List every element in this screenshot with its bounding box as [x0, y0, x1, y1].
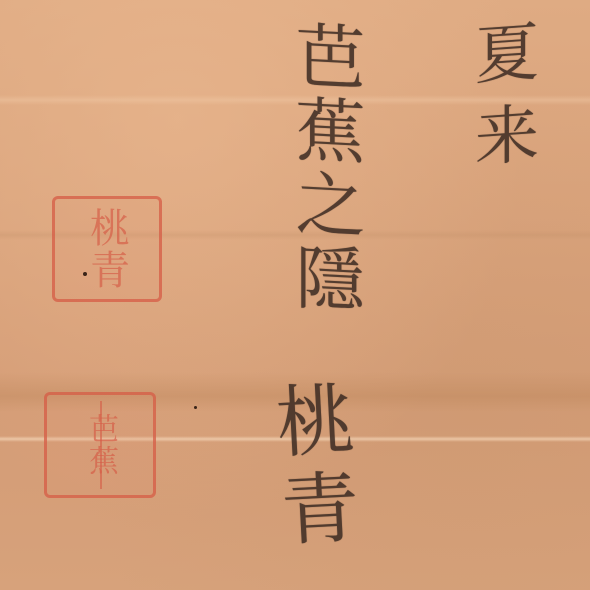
- ink-speck: [83, 272, 87, 276]
- ink-speck: [194, 406, 197, 409]
- seal-text: 芭蕉: [78, 413, 122, 477]
- red-seal-lower: 芭蕉: [44, 392, 156, 498]
- red-seal-upper: 桃青: [52, 196, 162, 302]
- calligraphy-column-middle: 芭蕉之隱: [275, 17, 376, 318]
- calligraphy-column-right: 夏来: [455, 17, 547, 187]
- seal-text: 桃青: [79, 207, 136, 291]
- calligraphy-signature: 桃青: [250, 377, 371, 559]
